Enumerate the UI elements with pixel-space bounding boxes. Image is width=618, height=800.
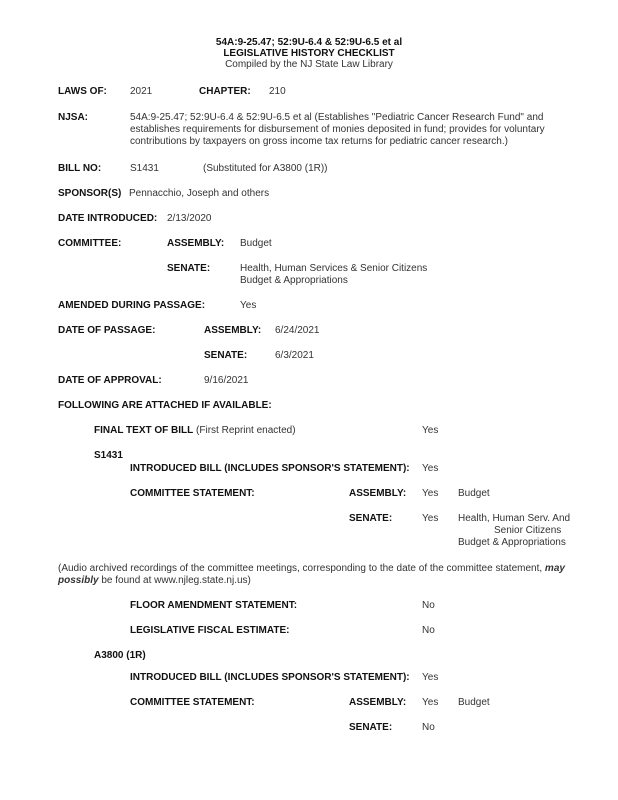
final-text-value: Yes bbox=[422, 425, 438, 437]
date-of-passage-label: DATE OF PASSAGE: bbox=[58, 325, 155, 337]
a3800-introduced-label: INTRODUCED BILL (INCLUDES SPONSOR'S STAT… bbox=[130, 672, 410, 684]
a3800-introduced-value: Yes bbox=[422, 672, 438, 684]
committee-senate-label: SENATE: bbox=[167, 263, 210, 275]
committee-assembly-value: Budget bbox=[240, 238, 272, 250]
bill-no-label: BILL NO: bbox=[58, 163, 101, 175]
final-text-label: FINAL TEXT OF BILL bbox=[94, 425, 193, 436]
amended-value: Yes bbox=[240, 300, 256, 312]
date-introduced-value: 2/13/2020 bbox=[167, 213, 212, 225]
committee-label: COMMITTEE: bbox=[58, 238, 121, 250]
final-text-row: FINAL TEXT OF BILL (First Reprint enacte… bbox=[94, 425, 296, 437]
passage-senate-value: 6/3/2021 bbox=[275, 350, 314, 362]
s1431-introduced-label: INTRODUCED BILL (INCLUDES SPONSOR'S STAT… bbox=[130, 463, 410, 475]
s1431-senate-committee-line-2: Senior Citizens bbox=[494, 525, 561, 537]
njsa-label: NJSA: bbox=[58, 112, 88, 124]
njsa-line-3: contributions by taxpayers on gross inco… bbox=[130, 136, 508, 148]
s1431-senate-committee-line-3: Budget & Appropriations bbox=[458, 537, 566, 549]
floor-amendment-label: FLOOR AMENDMENT STATEMENT: bbox=[130, 600, 297, 612]
committee-assembly-label: ASSEMBLY: bbox=[167, 238, 224, 250]
date-of-approval-label: DATE OF APPROVAL: bbox=[58, 375, 162, 387]
s1431-assembly-value: Yes bbox=[422, 488, 438, 500]
a3800-senate-value: No bbox=[422, 722, 435, 734]
a3800-section-title: A3800 (1R) bbox=[94, 650, 146, 662]
passage-assembly-value: 6/24/2021 bbox=[275, 325, 320, 337]
s1431-senate-value: Yes bbox=[422, 513, 438, 525]
s1431-senate-committee-line-1: Health, Human Serv. And bbox=[458, 513, 570, 525]
a3800-assembly-label: ASSEMBLY: bbox=[349, 697, 406, 709]
laws-of-label: LAWS OF: bbox=[58, 86, 107, 98]
audio-note-text-2: be found at www.njleg.state.nj.us) bbox=[99, 575, 251, 586]
a3800-committee-label: COMMITTEE STATEMENT: bbox=[130, 697, 255, 709]
a3800-assembly-committee: Budget bbox=[458, 697, 490, 709]
s1431-committee-label: COMMITTEE STATEMENT: bbox=[130, 488, 255, 500]
passage-senate-label: SENATE: bbox=[204, 350, 247, 362]
chapter-value: 210 bbox=[269, 86, 286, 98]
fiscal-estimate-value: No bbox=[422, 625, 435, 637]
sponsors-value: Pennacchio, Joseph and others bbox=[129, 188, 269, 200]
attached-heading: FOLLOWING ARE ATTACHED IF AVAILABLE: bbox=[58, 400, 272, 412]
s1431-assembly-committee: Budget bbox=[458, 488, 490, 500]
bill-no-value: S1431 bbox=[130, 163, 159, 175]
s1431-section-title: S1431 bbox=[94, 450, 123, 462]
fiscal-estimate-label: LEGISLATIVE FISCAL ESTIMATE: bbox=[130, 625, 289, 637]
document-subtitle: Compiled by the NJ State Law Library bbox=[0, 59, 618, 71]
audio-note-emphasis-may: may bbox=[545, 563, 565, 574]
audio-note-emphasis-possibly: possibly bbox=[58, 575, 99, 586]
committee-senate-line-1: Health, Human Services & Senior Citizens bbox=[240, 263, 427, 275]
s1431-assembly-label: ASSEMBLY: bbox=[349, 488, 406, 500]
floor-amendment-value: No bbox=[422, 600, 435, 612]
audio-archive-note: (Audio archived recordings of the commit… bbox=[58, 563, 578, 587]
a3800-senate-label: SENATE: bbox=[349, 722, 392, 734]
a3800-assembly-value: Yes bbox=[422, 697, 438, 709]
audio-note-text-1: (Audio archived recordings of the commit… bbox=[58, 563, 545, 574]
date-introduced-label: DATE INTRODUCED: bbox=[58, 213, 157, 225]
s1431-senate-label: SENATE: bbox=[349, 513, 392, 525]
chapter-label: CHAPTER: bbox=[199, 86, 251, 98]
sponsors-label: SPONSOR(S) bbox=[58, 188, 121, 200]
amended-label: AMENDED DURING PASSAGE: bbox=[58, 300, 205, 312]
s1431-introduced-value: Yes bbox=[422, 463, 438, 475]
bill-substitution-note: (Substituted for A3800 (1R)) bbox=[203, 163, 328, 175]
final-text-note: (First Reprint enacted) bbox=[196, 425, 295, 436]
njsa-line-1: 54A:9-25.47; 52:9U-6.4 & 52:9U-6.5 et al… bbox=[130, 112, 543, 124]
njsa-line-2: establishes requirements for disbursemen… bbox=[130, 124, 545, 136]
laws-of-value: 2021 bbox=[130, 86, 152, 98]
committee-senate-line-2: Budget & Appropriations bbox=[240, 275, 348, 287]
passage-assembly-label: ASSEMBLY: bbox=[204, 325, 261, 337]
date-of-approval-value: 9/16/2021 bbox=[204, 375, 249, 387]
